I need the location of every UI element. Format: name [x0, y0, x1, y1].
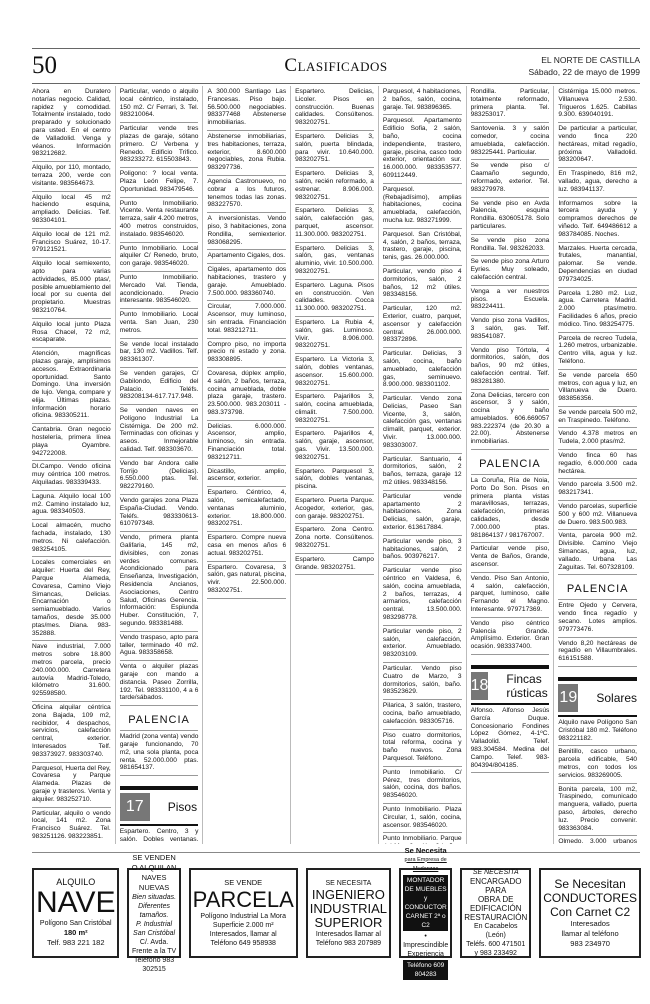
classified-ad: Particular. Vendo piso Cuatro de Marzo, … — [383, 663, 462, 700]
ad-headline: CONDUCTORES — [543, 891, 637, 905]
divider — [32, 852, 640, 853]
ad-text: 180 m² — [36, 928, 115, 938]
classified-ad: Espartero. Pajarillos 4, salón, garaje, … — [295, 428, 374, 465]
classified-ad: Vendo parcela 3.500 m2. 983217341. — [558, 479, 637, 501]
classified-ad: Particular, vendo o alquilo local céntri… — [120, 86, 199, 123]
classified-ad: Vendo 4.378 metros en Tudela, 2.000 ptas… — [558, 428, 637, 450]
classified-ad: La Coruña, Ría de Noia, Porto Do Son. Pi… — [471, 475, 550, 543]
classified-ad: Vendo 8,20 hectáreas de regadío en Villa… — [558, 638, 637, 667]
classified-ad: Vendo, primera planta Galifaria, 145 m2,… — [120, 532, 199, 632]
classified-ad: Rondilla. Particular, totalmente reforma… — [471, 86, 550, 123]
classified-ad: Cistérniga 15.000 metros. Villanueva 2.5… — [558, 86, 637, 123]
ad-text: RESTAURACIÓN — [464, 913, 527, 922]
category-label: Fincas rústicas — [506, 672, 549, 700]
classified-ad: Parquesol. (Rebajadísimo), amplias habit… — [383, 184, 462, 229]
classified-ad: Particular vende piso, 3 habitaciones, s… — [383, 536, 462, 565]
classified-ad: Particular. Santuario, 4 dormitorios, sa… — [383, 454, 462, 491]
classified-ad: Oficina alquilar céntrica zona Bajada, 1… — [32, 702, 111, 763]
classified-ad: Particular vende piso, 2 salón, calefacc… — [383, 626, 462, 663]
classified-ad: Dicastillo, amplio, ascensor, exterior. — [207, 466, 286, 488]
classified-ad: Alfonso. Alfonso Jesús García Duque. Con… — [471, 705, 550, 773]
classified-ad: Particular. Vendo zona Delicias, Paseo S… — [383, 393, 462, 454]
classified-ad: Pilarica, 3 salón, trastero, cocina, bañ… — [383, 700, 462, 729]
classified-ad: En Traspinedo, 816 m2, vallado, agua, de… — [558, 168, 637, 197]
ad-phone: Telf. 983 221 182 — [36, 938, 115, 948]
classified-ad: Venta, parcela 900 m2. Divisible. Camino… — [558, 530, 637, 575]
classified-ad: Alquilo local 45 m2 haciendo esquina, am… — [32, 192, 111, 229]
classified-ad: Espartero. Delicias, Licoler. Pisos en c… — [295, 86, 374, 131]
classified-ad: Atención, magníficas plazas garaje, ampl… — [32, 348, 111, 424]
classified-ad: Se vende piso zona Arturo Eyries. Muy so… — [471, 256, 550, 285]
ad-headline: PARCELA — [193, 888, 294, 912]
classified-ad: Olmedo. 3.000 urbanos zona monumental, i… — [558, 836, 637, 844]
ad-text: • Imprescindible Experiencia — [403, 932, 448, 959]
classified-ad: Circular, 7.000.000. Ascensor, muy lumin… — [207, 301, 286, 338]
ad-text: Interesados llamar al — [310, 930, 387, 939]
classified-ad: Particular vende piso, Venta de Baños, G… — [471, 543, 550, 572]
classified-ad: Poligono: ? local venta. Plaza León Feli… — [120, 168, 199, 197]
classified-ad: Se vende piso en Avda Palencia, esquina … — [471, 198, 550, 235]
classified-ad: Local almacén, mucho fachada, instalado,… — [32, 520, 111, 557]
classified-ad: Espartero. Centro, 3 y salón. Dobles ven… — [120, 826, 199, 844]
category-number: 18 — [471, 672, 489, 700]
ad-text: Superficie 2.000 m² — [193, 921, 294, 930]
classified-ad: Vendo traspaso, apto para taller, termin… — [120, 632, 199, 661]
ad-encargado: SE NECESITA ENCARGADO PARA OBRA DE EDIFI… — [460, 868, 531, 958]
ad-headline: INDUSTRIAL — [310, 902, 387, 916]
display-ads: ALQUILO NAVE Polígono San Cristóbal 180 … — [32, 868, 641, 958]
classified-ad: Espartero. La Rubia 4, salón, gas. Lumin… — [295, 317, 374, 354]
ad-phone: 983 234970 — [543, 939, 637, 949]
classified-ad: Espartero. Laguna. Pisos en construcción… — [295, 280, 374, 317]
ad-phone: Teléfs. 600 471501 — [464, 940, 527, 949]
ad-ingeniero: SE NECESITA INGENIERO INDUSTRIAL SUPERIO… — [306, 868, 391, 958]
ad-text: P. Industrial San Cristóbal — [131, 920, 176, 938]
classified-ad: Espartero. La Victoria 3, salón, dobles … — [295, 354, 374, 391]
classified-ad: Santovenia. 3 y salón comedor, cocina am… — [471, 123, 550, 160]
column-7: Cistérniga 15.000 metros. Villanueva 2.5… — [553, 86, 641, 844]
classified-ad: Se vende piso c/ Caamaño segundo, reform… — [471, 160, 550, 197]
column-2: Particular, vendo o alquilo local céntri… — [115, 86, 203, 844]
category-number: 19 — [558, 684, 578, 712]
classified-ad: Espartero. Zona Centro. Zona norte. Cons… — [295, 524, 374, 553]
ad-headline: Se Necesitan — [543, 877, 637, 891]
classified-ad: Venga a ver nuestros pisos. Escuela. 983… — [471, 286, 550, 315]
ad-text: Polígono Industrial La Mora — [193, 912, 294, 921]
classified-ad: Laguna. Alquilo local 100 m2. Camino ins… — [32, 491, 111, 520]
classified-ad: Espartero. Parquesol 3, salón, dobles ve… — [295, 466, 374, 495]
classified-ad: Compro piso, no importa precio ni estado… — [207, 339, 286, 368]
classified-ad: Zona Delicias, tercero con ascensor, 3 y… — [471, 390, 550, 451]
classified-ad: Espartero. Campo Grande. 983202751. — [295, 554, 374, 576]
classified-ad: Madrid (zona venta) vendo garaje funcion… — [120, 731, 199, 776]
classified-ad: Espartero. Delicias 3, salón, gas, venta… — [295, 243, 374, 280]
category-heading: 18Fincas rústicas — [471, 665, 550, 705]
ad-headline: INGENIERO — [310, 888, 387, 902]
classified-ad: Particular, alquilo o vendo local, 141 m… — [32, 808, 111, 844]
classified-ad: Espartero. Puerta Parque. Acogedor, exte… — [295, 495, 374, 524]
ad-text: MONTADOR DE MUEBLES — [403, 876, 448, 894]
classified-ad: Vendo finca 60 has regadío, 6.000.000 ca… — [558, 450, 637, 479]
ad-nave: ALQUILO NAVE Polígono San Cristóbal 180 … — [32, 868, 119, 958]
classified-ad: Piso cuatro dormitorios, total reforma, … — [383, 730, 462, 767]
classified-ad: Alquilo local semiexento, apto para vari… — [32, 258, 111, 319]
classified-ad: Agencia Castronuevo, no cobrar a los fut… — [207, 176, 286, 213]
classified-ad: Informamos sobre la tercera ayuda y comp… — [558, 198, 637, 243]
classified-ad: Se venden garajes, C/ Gabilondo, Edifici… — [120, 368, 199, 405]
classified-ad: Locales comerciales en alquiler: Huerta … — [32, 557, 111, 641]
classified-ad: Alquilo, por 110, montado, terraza 200, … — [32, 162, 111, 191]
classified-ad: Vendo piso Tórtola, 4 dormitorios, salón… — [471, 345, 550, 390]
category-heading: 19Solares — [558, 677, 637, 717]
ad-text: Se Necesita — [403, 846, 448, 856]
ad-text: llamar al teléfono — [543, 929, 637, 939]
column-6: Rondilla. Particular, totalmente reforma… — [466, 86, 554, 844]
classified-ad: Punto Inmobiliario. Vicente. Venta resta… — [120, 198, 199, 243]
ad-text: SE NECESITA — [464, 868, 527, 877]
ad-text: y — [403, 894, 448, 903]
classified-ad: Se vende parcela 650 metros, con agua y … — [558, 370, 637, 407]
ad-phone: Teléfono 649 958938 — [193, 939, 294, 948]
ad-text: En Cacabelos (León) — [464, 922, 527, 940]
classified-ad: Punto Inmobiliario. Mercado Val. Tienda,… — [120, 272, 199, 309]
classified-ad: Benitillo, casco urbano, parcela edifica… — [558, 746, 637, 783]
classified-ad: Se vende parcela 500 m2, en Traspinedo. … — [558, 407, 637, 429]
publication-name: EL NORTE DE CASTILLA — [528, 54, 640, 66]
classified-ad: Punto Inmobiliario. Plaza Circular, 1, s… — [383, 804, 462, 833]
classified-ad: Marzales. Huerta cercada, frutales, mana… — [558, 243, 637, 288]
classified-ad: Espartero. Céntrico, 4, salón, semicalef… — [207, 487, 286, 532]
classified-ad: De particular a particular, vendo finca … — [558, 123, 637, 168]
column-5: Parquesol, 4 habitaciones, 2 baños, saló… — [378, 86, 466, 844]
classified-ad: Cigales, apartamento dos habitaciones, t… — [207, 264, 286, 301]
classified-ad: Vendo. Piso San Antonio, 4 salón, calefa… — [471, 573, 550, 618]
subsection-heading: PALENCIA — [471, 450, 550, 475]
classified-columns: Ahora en Duratero notarías negocio. Cali… — [32, 86, 641, 844]
classified-ad: Punto Inmobiliario. Local alquiler C/ Re… — [120, 243, 199, 272]
classified-ad: Punto Inmobiliario. Parque del Mar, 2 sa… — [383, 833, 462, 844]
classified-ad: Punto Inmobiliario. C/ Pérez, tres dormi… — [383, 767, 462, 804]
classified-ad: Se vende piso zona Rondilla. Tel. 983262… — [471, 235, 550, 257]
ad-text: para Empresa de Mudanzas — [403, 856, 448, 874]
classified-ad: Parcela 1.280 m2. Luz, agua. Carretera M… — [558, 288, 637, 333]
ad-text: CONDUCTOR CARNET 2ª o C2 — [403, 903, 448, 930]
ad-text: Polígono San Cristóbal — [36, 919, 115, 928]
ad-naves-nuevas: SE VENDEN O ALQUILAN NAVES NUEVAS Bien s… — [127, 868, 180, 958]
classified-ad: Bonita parcela, 100 m2, Traspinedo, comu… — [558, 784, 637, 837]
classified-ad: Espartero. Pajarillos 3, salón, cocina a… — [295, 391, 374, 428]
classified-ad: Covaresa, dúplex amplio, 4 salón, 2 baño… — [207, 368, 286, 421]
classified-ad: Vendo piso zona Vadillos, 3 salón, gas. … — [471, 315, 550, 344]
ad-text: SE VENDEN O ALQUILAN — [131, 853, 176, 873]
classified-ad: Parquesol, Huerta del Rey, Covaresa y Pa… — [32, 763, 111, 808]
classified-ad: Espartero. Compre nueva casa en menos añ… — [207, 532, 286, 561]
ad-text: OBRA DE EDIFICACIÓN — [464, 895, 527, 913]
classified-ad: Particular, vendo piso 4 dormitorios, sa… — [383, 266, 462, 303]
classified-ad: Espartero. Delicias 3, salón, puerta bli… — [295, 131, 374, 168]
ad-headline: SUPERIOR — [310, 916, 387, 930]
column-4: Espartero. Delicias, Licoler. Pisos en c… — [290, 86, 378, 844]
ad-text: Bien situadas. Diferentes tamaños. — [131, 893, 176, 920]
classified-ad: Parquesol. Apartamento Edificio Sofia, 2… — [383, 115, 462, 183]
subsection-heading: PALENCIA — [120, 706, 199, 731]
classified-ad: Particular vende tres plazas de garaje, … — [120, 123, 199, 168]
classified-ad: Espartero. Delicias 3, salón, calefacció… — [295, 205, 374, 242]
category-label: Pisos — [168, 800, 197, 814]
ad-conductores: Se Necesitan CONDUCTORES Con Carnet C2 I… — [539, 868, 641, 958]
publication-info: EL NORTE DE CASTILLA Sábado, 22 de mayo … — [528, 54, 640, 78]
classified-ad: Se venden naves en Polígono Industrial L… — [120, 405, 199, 458]
classified-ad: Se vende local instalado bar, 130 m2. Va… — [120, 339, 199, 368]
classified-ad: Punto Inmobiliario. Local venta. San Jua… — [120, 309, 199, 338]
classified-ad: Particular. Delicias, 3 salón, cocina, b… — [383, 348, 462, 393]
ad-phone: Teléfono 983 302515 — [131, 956, 176, 974]
classified-ad: Parquesol. San Cristóbal, 4, salón, 2 ba… — [383, 229, 462, 266]
ad-text: Interesados, llamar al — [193, 930, 294, 939]
classified-ad: Alquilo local de 121 m2. Francisco Suáre… — [32, 229, 111, 258]
column-3: A 300.000 Santiago Las Francesas. Piso b… — [202, 86, 290, 844]
classified-ad: Vendo piso céntrico Palencia Grande. Amp… — [471, 618, 550, 655]
classified-ad: Particular vende piso céntrico en Valdes… — [383, 565, 462, 626]
ad-parcela: SE VENDE PARCELA Polígono Industrial La … — [189, 868, 298, 958]
classified-ad: A inversionistas. Vendo piso, 3 habitaci… — [207, 213, 286, 250]
publication-date: Sábado, 22 de mayo de 1999 — [528, 66, 640, 78]
column-1: Ahora en Duratero notarías negocio. Cali… — [32, 86, 115, 844]
classified-ad: A 300.000 Santiago Las Francesas. Piso b… — [207, 86, 286, 131]
ad-montador: Se Necesita para Empresa de Mudanzas MON… — [399, 868, 452, 958]
classified-ad: Abstenerse inmobiliarias, tres habitacio… — [207, 131, 286, 176]
classified-ad: Nave industrial, 7.000 metros sobre 18.8… — [32, 641, 111, 702]
classified-ad: Espartero. Delicias 3, salón, recién ref… — [295, 168, 374, 205]
classified-ad: Ahora en Duratero notarías negocio. Cali… — [32, 86, 111, 162]
classified-ad: Parquesol, 4 habitaciones, 2 baños, saló… — [383, 86, 462, 115]
ad-phone: Teléfono 983 207989 — [310, 939, 387, 948]
classified-ad: Espartero. Covaresa, 3 salón, gas natura… — [207, 562, 286, 599]
classified-ad: Vendo bar Andora calle Torrijo (Delicias… — [120, 458, 199, 495]
classified-ad: Cantabria. Gran negocio hostelería, prim… — [32, 424, 111, 461]
ad-headline: NAVE — [36, 887, 115, 919]
classified-ad: Alquilo local junto Plaza Rosa Chacel, 7… — [32, 319, 111, 348]
ad-phone: y 983 233492 — [464, 949, 527, 958]
classified-ad: Alquilo nave Polígono San Cristóbal 180 … — [558, 717, 637, 746]
category-heading: 17Pisos — [120, 786, 199, 826]
ad-text: Interesados — [543, 919, 637, 929]
subsection-heading: PALENCIA — [558, 575, 637, 600]
classified-ad: Venta o alquiler plazas garaje con mando… — [120, 661, 199, 706]
page-header: 50 Clasificados EL NORTE DE CASTILLA Sáb… — [32, 48, 640, 84]
classified-ad: Dl.Campo. Vendo oficina muy céntrica 100… — [32, 461, 111, 490]
category-label: Solares — [596, 691, 637, 705]
ad-text: ENCARGADO PARA — [464, 877, 527, 895]
ad-band: MONTADOR DE MUEBLES y CONDUCTOR CARNET 2… — [403, 875, 448, 931]
category-number: 17 — [120, 793, 150, 821]
classified-ad: Vendo parcelas, superficie 500 y 600 m2.… — [558, 501, 637, 530]
classified-ad: Entre Ojedo y Cervera, vendo finca regad… — [558, 600, 637, 637]
classified-ad: Vendo garajes zona Plaza España-Ciudad. … — [120, 495, 199, 532]
ad-headline: Con Carnet C2 — [543, 905, 637, 919]
classified-ad: Particular, 120 m2. Exterior, cuatro, pa… — [383, 303, 462, 348]
ad-phone: Teléfono 609 804283 — [403, 960, 448, 980]
classified-ad: Particular vende apartamento 2 habitacio… — [383, 491, 462, 536]
classified-ad: Delicias. 6.000.000. Ascensor, amplio, l… — [207, 421, 286, 466]
ad-text: C/. Avda. Frente a la TV — [131, 938, 176, 956]
classified-ad: Parcela de recreo Tudela, 1.260 metros, … — [558, 333, 637, 370]
ad-text: NAVES NUEVAS — [131, 873, 176, 893]
classified-ad: Apartamento Cigales, dos. — [207, 250, 286, 264]
